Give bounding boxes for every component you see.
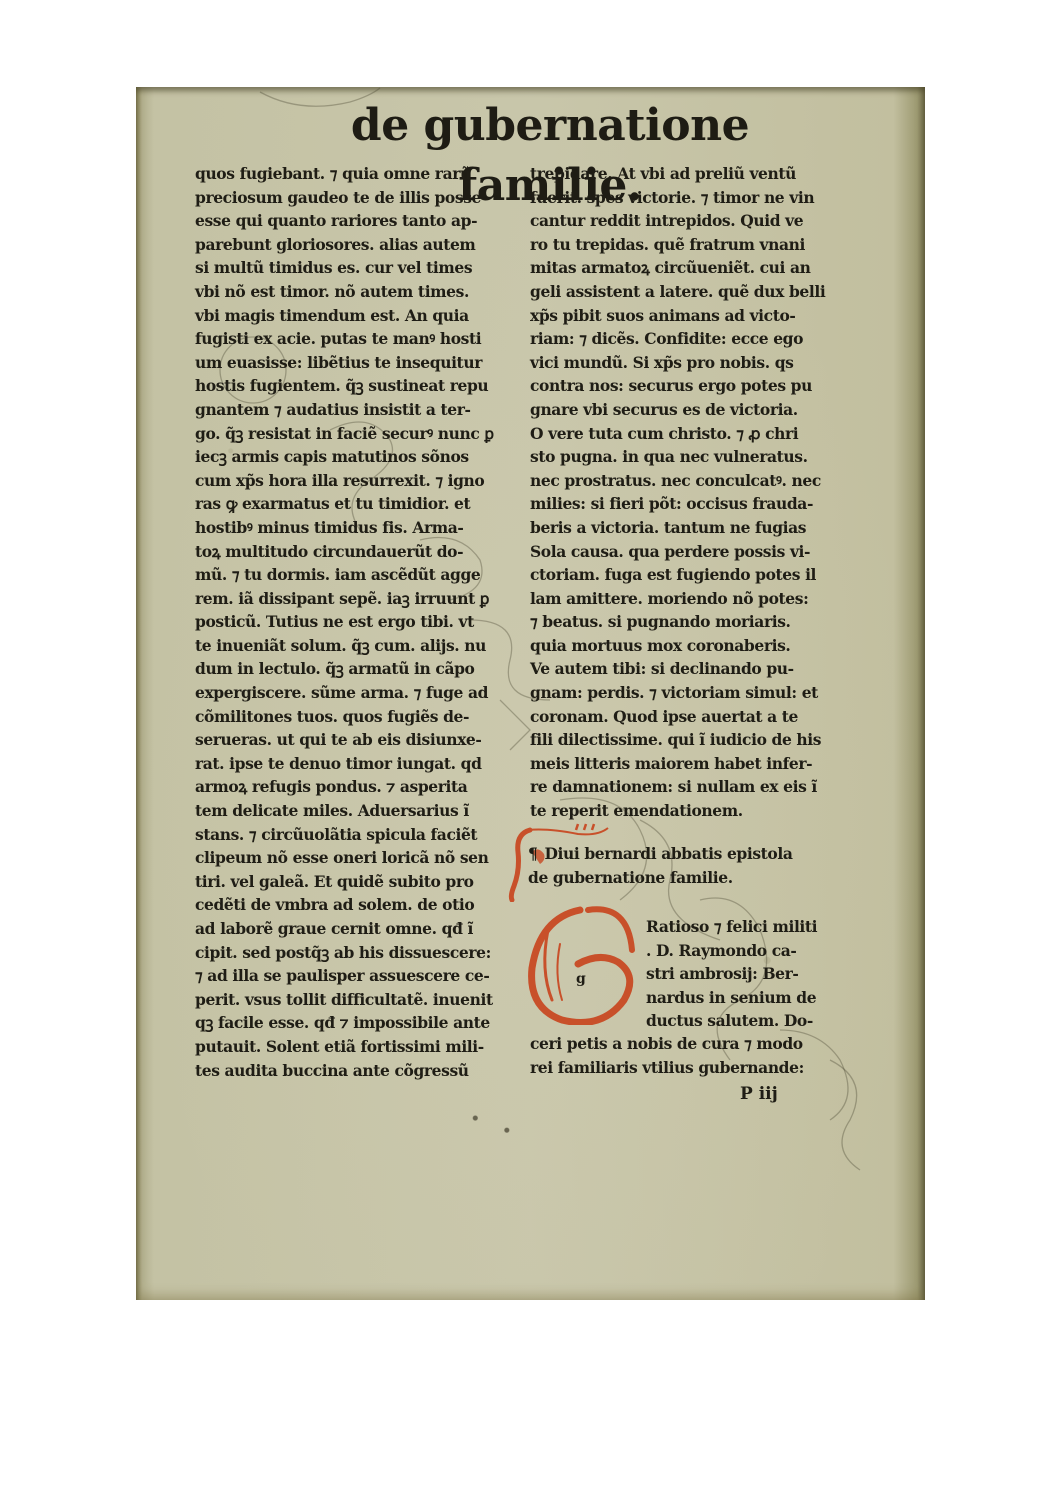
text-line: qꝫ facile esse. qđ ⁊ impossibile ante [195, 1011, 515, 1035]
text-line: rei familiaris vtilius gubernande: [530, 1056, 804, 1080]
text-line: fuerit. spes victorie. ⁊ timor ne vin [530, 186, 860, 210]
text-line: riam: ⁊ dicẽs. Confidite: ecce ego [530, 327, 860, 351]
text-line: fili dilectissime. qui ĩ iudicio de his [530, 728, 860, 752]
text-line: lam amittere. moriendo nõ potes: [530, 587, 860, 611]
heading-line: ¶ Diui bernardi abbatis epistola [528, 842, 793, 866]
red-initial-g-icon [520, 900, 645, 1025]
text-line: dum in lectulo. q̃ꝫ armatũ in cãpo [195, 657, 515, 681]
text-line: cum xp̃s hora illa resurrexit. ⁊ igno [195, 469, 515, 493]
heading-text: Diui bernardi abbatis epistola [544, 844, 792, 863]
text-line: perit. vsus tollit difficultatẽ. inuenit [195, 988, 515, 1012]
text-line: fugisti ex acie. putas te manꝰ hosti [195, 327, 515, 351]
text-line: Ratioso ⁊ felici militi [646, 915, 817, 939]
text-line: trepidare. At vbi ad preliũ ventũ [530, 162, 860, 186]
epistle-heading: ¶ Diui bernardi abbatis epistola de gube… [528, 842, 793, 889]
text-line: xp̃s pibit suos animans ad victo- [530, 304, 860, 328]
text-line: ⁊ beatus. si pugnando moriaris. [530, 610, 860, 634]
text-line: serueras. ut qui te ab eis disiunxe- [195, 728, 515, 752]
epistle-continuation: ceri petis a nobis de cura ⁊ modo rei fa… [530, 1032, 804, 1079]
text-line: stri ambrosij: Ber- [646, 962, 817, 986]
text-line: parebunt gloriosores. alias autem [195, 233, 515, 257]
text-line: rat. ipse te denuo timor iungat. qd [195, 752, 515, 776]
text-line: rem. iã dissipant sepẽ. iaꝫ irruunt ꝑ [195, 587, 515, 611]
text-line: Ve autem tibi: si declinando pu- [530, 657, 860, 681]
text-line: quos fugiebant. ⁊ quia omne rarũ [195, 162, 515, 186]
text-line: . D. Raymondo ca- [646, 939, 817, 963]
text-line: te reperit emendationem. [530, 799, 860, 823]
text-line: Sola causa. qua perdere possis vi- [530, 540, 860, 564]
text-line: ctoriam. fuga est fugiendo potes il [530, 563, 860, 587]
text-line: geli assistent a latere. quẽ dux belli [530, 280, 860, 304]
text-line: gnam: perdis. ⁊ victoriam simul: et [530, 681, 860, 705]
text-line: tes audita buccina ante cõgressũ [195, 1059, 515, 1083]
text-line: beris a victoria. tantum ne fugias [530, 516, 860, 540]
text-line: mitas armatoꝝ circũueniẽt. cui an [530, 256, 860, 280]
text-line: nec prostratus. nec conculcatꝰ. nec [530, 469, 860, 493]
text-line: hostis fugientem. q̃ꝫ sustineat repu [195, 374, 515, 398]
text-line: preciosum gaudeo te de illis posse [195, 186, 515, 210]
right-text-column: trepidare. At vbi ad preliũ ventũ fuerit… [530, 162, 860, 823]
text-line: ro tu trepidas. quẽ fratrum vnani [530, 233, 860, 257]
salutation-text: Ratioso ⁊ felici militi . D. Raymondo ca… [646, 915, 817, 1033]
text-line: contra nos: securus ergo potes pu [530, 374, 860, 398]
text-line: te inueniãt solum. q̃ꝫ cum. alijs. nu [195, 634, 515, 658]
text-line: toꝝ multitudo circundauerũt do- [195, 540, 515, 564]
text-line: mũ. ⁊ tu dormis. iam ascẽdũt agge [195, 563, 515, 587]
text-line: si multũ timidus es. cur vel times [195, 256, 515, 280]
heading-line: de gubernatione familie. [528, 866, 793, 890]
text-line: ras ꝙ exarmatus et tu timidior. et [195, 492, 515, 516]
text-line: ceri petis a nobis de cura ⁊ modo [530, 1032, 804, 1056]
text-line: hostibꝰ minus timidus fis. Arma- [195, 516, 515, 540]
guide-letter: g [576, 971, 586, 987]
paragraph-mark-icon: ¶ [528, 844, 537, 863]
text-line: cõmilitones tuos. quos fugiẽs de- [195, 705, 515, 729]
text-line: expergiscere. sũme arma. ⁊ fuge ad [195, 681, 515, 705]
text-line: gnantem ⁊ audatius insistit a ter- [195, 398, 515, 422]
text-line: posticũ. Tutius ne est ergo tibi. vt [195, 610, 515, 634]
text-line: iecꝫ armis capis matutinos sõnos [195, 445, 515, 469]
text-line: milies: si fieri põt: occisus frauda- [530, 492, 860, 516]
text-line: ad laborẽ graue cernit omne. qđ ĩ [195, 917, 515, 941]
text-line: quia mortuus mox coronaberis. [530, 634, 860, 658]
text-line: re damnationem: si nullam ex eis ĩ [530, 775, 860, 799]
text-line: tiri. vel galeã. Et quidẽ subito pro [195, 870, 515, 894]
text-line: cedẽti de vmbra ad solem. de otio [195, 893, 515, 917]
signature-mark: P iij [740, 1084, 778, 1104]
text-line: sto pugna. in qua nec vulneratus. [530, 445, 860, 469]
text-line: vbi nõ est timor. nõ autem times. [195, 280, 515, 304]
text-line: armoꝝ refugis pondus. ⁊ asperita [195, 775, 515, 799]
text-line: coronam. Quod ipse auertat a te [530, 705, 860, 729]
text-line: stans. ⁊ circũuolãtia spicula faciẽt [195, 823, 515, 847]
text-line: cantur reddit intrepidos. Quid ve [530, 209, 860, 233]
text-line: um euasisse: libẽtius te insequitur [195, 351, 515, 375]
left-text-column: quos fugiebant. ⁊ quia omne rarũ precios… [195, 162, 515, 1082]
text-line: go. q̃ꝫ resistat in faciẽ securꝰ nunc ꝑ [195, 422, 515, 446]
text-line: cipit. sed postq̃ꝫ ab his dissuescere: [195, 941, 515, 965]
text-line: vbi magis timendum est. An quia [195, 304, 515, 328]
text-line: ⁊ ad illa se paulisper assuescere ce- [195, 964, 515, 988]
text-line: nardus in senium de [646, 986, 817, 1010]
text-line: vici mundũ. Si xp̃s pro nobis. qs [530, 351, 860, 375]
text-line: esse qui quanto rariores tanto ap- [195, 209, 515, 233]
text-line: ductus salutem. Do- [646, 1009, 817, 1033]
text-line: clipeum nõ esse oneri loricã nõ sen [195, 846, 515, 870]
text-line: meis litteris maiorem habet infer- [530, 752, 860, 776]
text-line: tem delicate miles. Aduersarius ĩ [195, 799, 515, 823]
text-line: putauit. Solent etiã fortissimi mili- [195, 1035, 515, 1059]
text-line: gnare vbi securus es de victoria. [530, 398, 860, 422]
text-line: O vere tuta cum christo. ⁊ ꝓ chri [530, 422, 860, 446]
